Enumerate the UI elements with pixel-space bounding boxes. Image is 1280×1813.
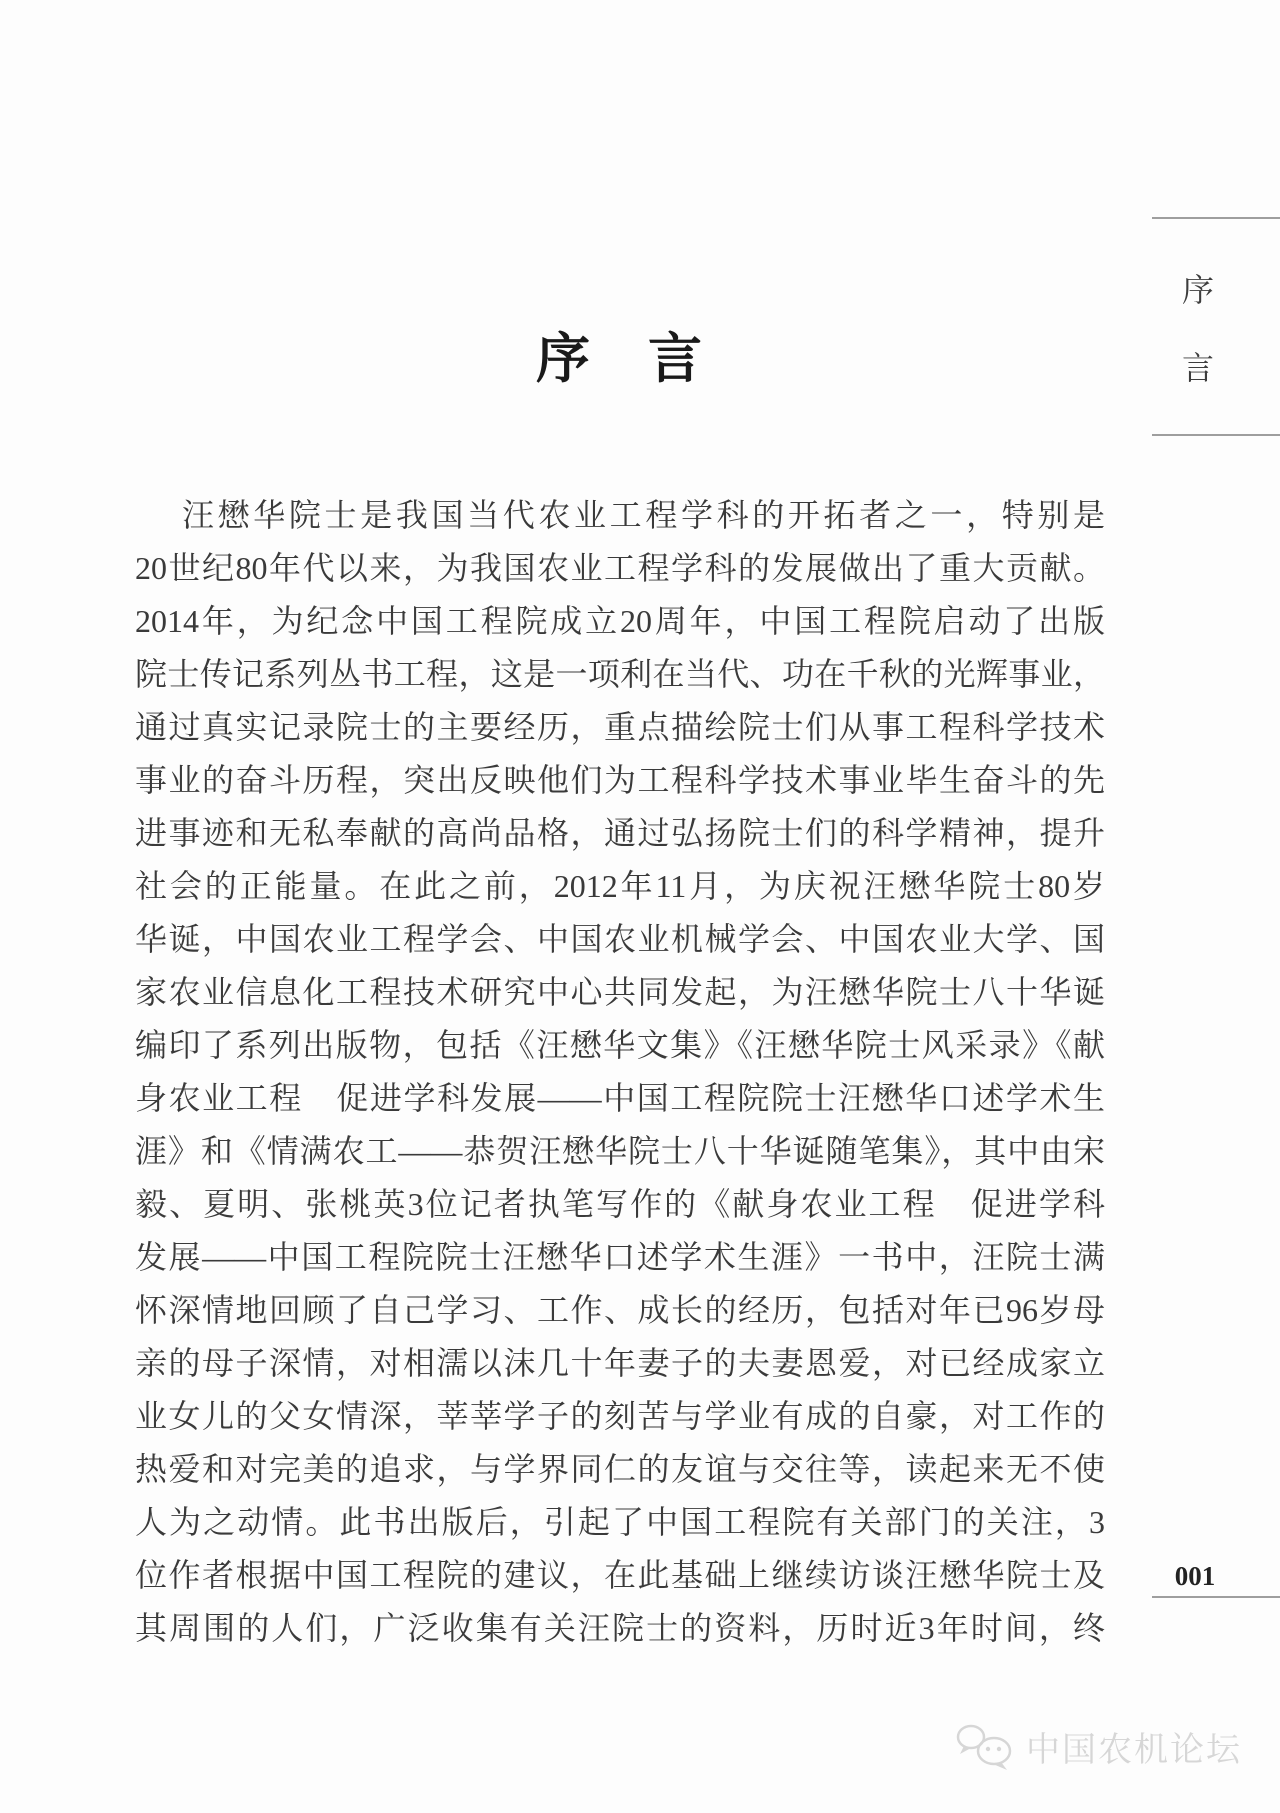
body-line: 华诞，中国农业工程学会、中国农业机械学会、中国农业大学、国	[135, 913, 1105, 966]
page-number-rule	[1152, 1596, 1280, 1598]
body-paragraph: 汪懋华院士是我国当代农业工程学科的开拓者之一，特别是 20世纪80年代以来，为我…	[135, 489, 1105, 1655]
body-line: 社会的正能量。在此之前，2012年11月，为庆祝汪懋华院士80岁	[135, 860, 1105, 913]
body-line: 涯》和《情满农工——恭贺汪懋华院士八十华诞随笔集》，其中由宋	[135, 1125, 1105, 1178]
body-line: 进事迹和无私奉献的高尚品格，通过弘扬院士们的科学精神，提升	[135, 807, 1105, 860]
margin-tab-bottom-rule	[1152, 434, 1280, 436]
body-line: 2014年，为纪念中国工程院成立20周年，中国工程院启动了出版	[135, 595, 1105, 648]
body-line: 热爱和对完美的追求，与学界同仁的友谊与交往等，读起来无不使	[135, 1443, 1105, 1496]
body-line: 通过真实记录院士的主要经历，重点描绘院士们从事工程科学技术	[135, 701, 1105, 754]
body-line: 其周围的人们，广泛收集有关汪院士的资料，历时近3年时间，终	[135, 1602, 1105, 1655]
margin-tab-char-bottom: 言	[1182, 343, 1214, 389]
page-number: 001	[1152, 1561, 1238, 1592]
margin-tab: 序 言	[1152, 217, 1280, 436]
body-line: 怀深情地回顾了自己学习、工作、成长的经历，包括对年已96岁母	[135, 1284, 1105, 1337]
body-line: 身农业工程 促进学科发展——中国工程院院士汪懋华口述学术生	[135, 1072, 1105, 1125]
margin-tab-char-top: 序	[1182, 265, 1214, 311]
body-line: 人为之动情。此书出版后，引起了中国工程院有关部门的关注，3	[135, 1496, 1105, 1549]
body-line: 汪懋华院士是我国当代农业工程学科的开拓者之一，特别是	[135, 489, 1105, 542]
body-line: 家农业信息化工程技术研究中心共同发起，为汪懋华院士八十华诞	[135, 966, 1105, 1019]
preface-title: 序 言	[135, 316, 1105, 393]
body-line: 事业的奋斗历程，突出反映他们为工程科学技术事业毕生奋斗的先	[135, 754, 1105, 807]
watermark: 中国农机论坛	[954, 1722, 1242, 1771]
body-line: 20世纪80年代以来，为我国农业工程学科的发展做出了重大贡献。	[135, 542, 1105, 595]
body-line: 位作者根据中国工程院的建议，在此基础上继续访谈汪懋华院士及	[135, 1549, 1105, 1602]
body-line: 编印了系列出版物，包括《汪懋华文集》《汪懋华院士风采录》《献	[135, 1019, 1105, 1072]
page: 序 言 序 言 汪懋华院士是我国当代农业工程学科的开拓者之一，特别是 20世纪8…	[0, 0, 1280, 1813]
page-number-block: 001	[1152, 1552, 1280, 1598]
body-line: 毅、夏明、张桃英3位记者执笔写作的《献身农业工程 促进学科	[135, 1178, 1105, 1231]
body-line: 院士传记系列丛书工程，这是一项利在当代、功在千秋的光辉事业，	[135, 648, 1105, 701]
margin-tab-chars: 序 言	[1152, 219, 1244, 434]
body-line: 发展——中国工程院院士汪懋华口述学术生涯》一书中，汪院士满	[135, 1231, 1105, 1284]
body-line: 业女儿的父女情深，莘莘学子的刻苦与学业有成的自豪，对工作的	[135, 1390, 1105, 1443]
body-line: 亲的母子深情，对相濡以沫几十年妻子的夫妻恩爱，对已经成家立	[135, 1337, 1105, 1390]
watermark-text: 中国农机论坛	[1026, 1722, 1242, 1771]
wechat-bubbles-icon	[954, 1723, 1016, 1771]
